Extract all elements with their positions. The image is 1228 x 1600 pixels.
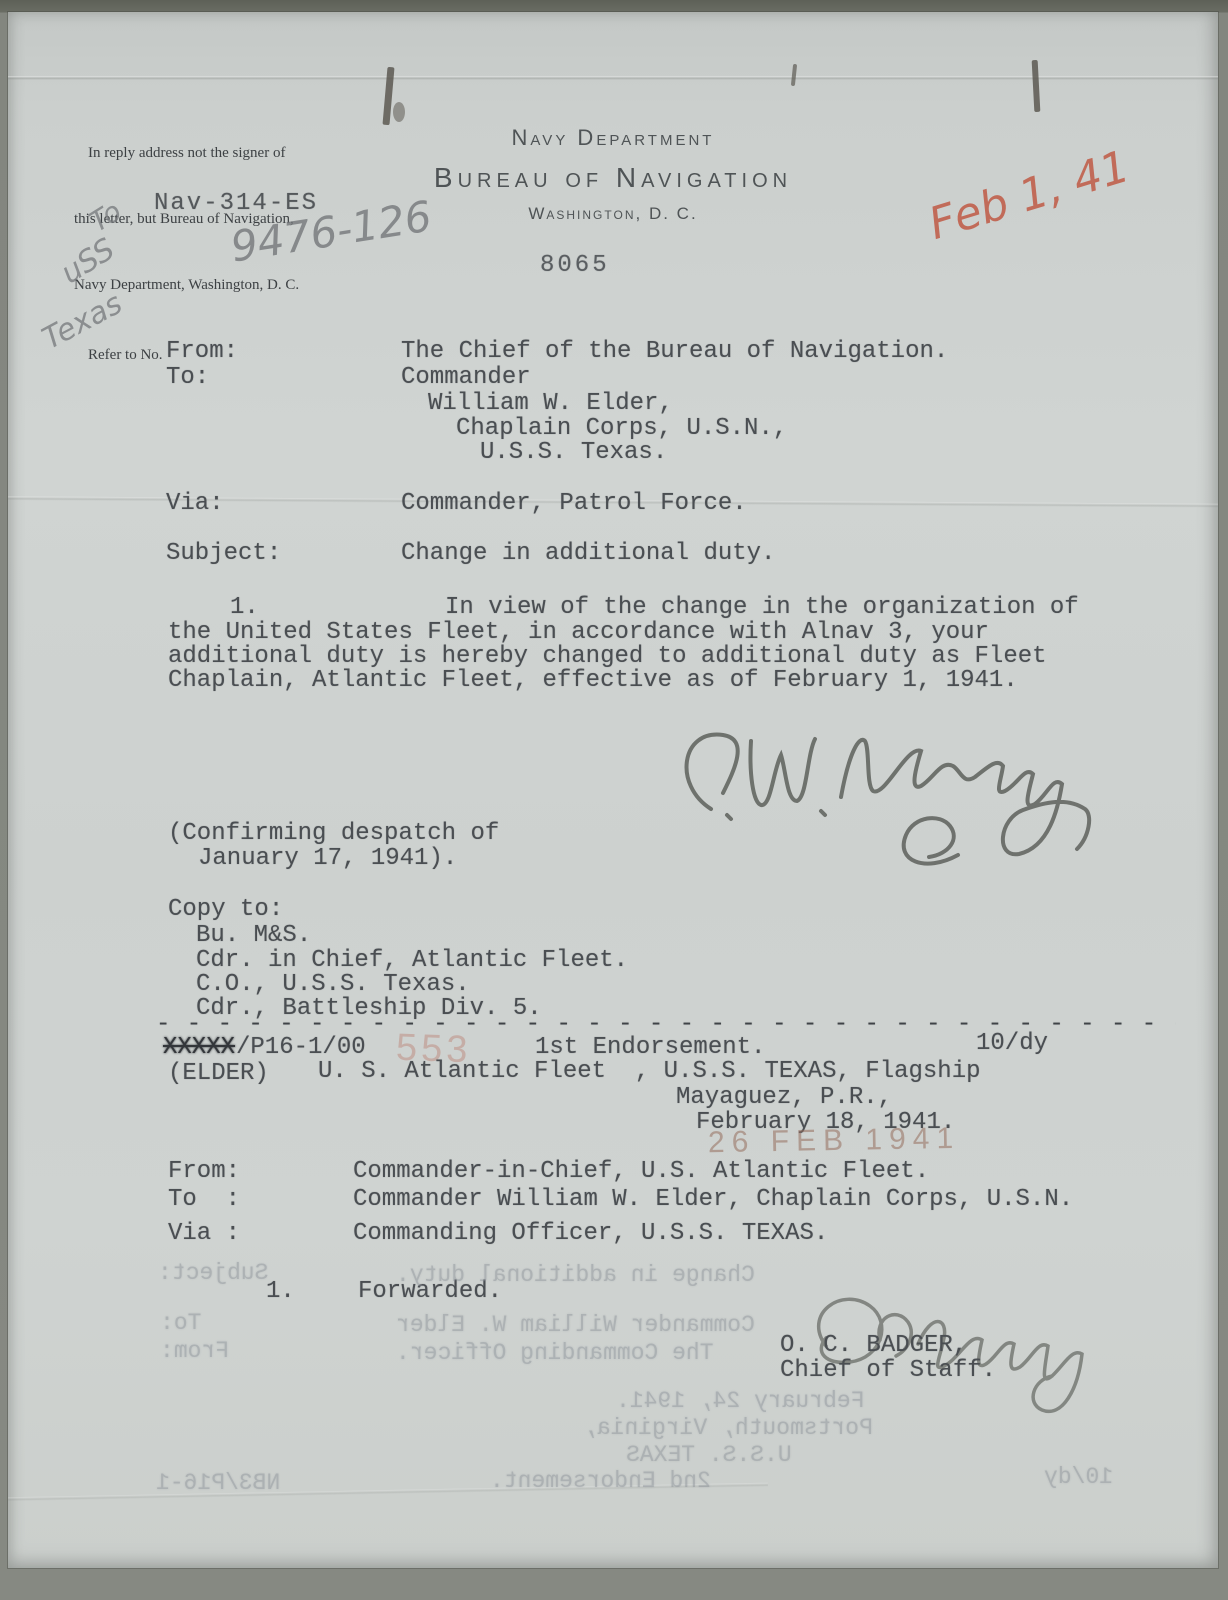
letter-page: In reply address not the signer of this …	[8, 12, 1218, 1568]
received-date-stamp: 26 FEB 1941	[708, 1122, 961, 1160]
subject-label: Subject:	[166, 540, 281, 567]
body-line-4: Chaplain, Atlantic Fleet, effective as o…	[168, 667, 1018, 694]
bleed-from-label: From:	[160, 1338, 229, 1364]
body-line-2: the United States Fleet, in accordance w…	[168, 619, 989, 646]
to-line3: Chaplain Corps, U.S.N.,	[456, 415, 787, 442]
bleed-to-label: To:	[160, 1310, 201, 1336]
signer-title: Chief of Staff.	[780, 1357, 996, 1384]
bleed-from-value: The Commanding Officer.	[396, 1340, 713, 1366]
small-mark-center	[791, 64, 797, 86]
staple-mark-left-2	[393, 102, 405, 122]
to-line2: William W. Elder,	[428, 390, 673, 417]
endorsement-ref-struck: XXXXX	[163, 1034, 235, 1061]
file-number: 8065	[540, 252, 610, 279]
copy-item-1: Bu. M&S.	[196, 922, 311, 949]
endorsement-fleet-line: U. S. Atlantic Fleet , U.S.S. TEXAS, Fla…	[318, 1058, 981, 1085]
body-line-1: In view of the change in the organizatio…	[445, 594, 1079, 621]
endorsement-from-label: From:	[168, 1158, 240, 1185]
to-value: Commander	[401, 364, 531, 391]
bleed-to-value: Commander William W. Elder	[396, 1312, 755, 1338]
copy-item-2: Cdr. in Chief, Atlantic Fleet.	[196, 947, 628, 974]
letterhead-department: Navy Department	[23, 125, 1203, 151]
via-label: Via:	[166, 490, 224, 517]
via-value: Commander, Patrol Force.	[401, 490, 747, 517]
bleed-date: February 24, 1941.	[616, 1388, 864, 1414]
endorsement-paragraph-number: 1.	[266, 1278, 295, 1305]
endorsement-title: 1st Endorsement.	[535, 1034, 765, 1061]
confirming-line-1: (Confirming despatch of	[168, 820, 499, 847]
paragraph-number: 1.	[230, 594, 259, 621]
signer-name: O. C. BADGER,	[780, 1332, 967, 1359]
endorsement-from-value: Commander-in-Chief, U.S. Atlantic Fleet.	[353, 1158, 929, 1185]
bleed-title: 2nd Endorsement.	[490, 1468, 711, 1494]
to-label: To:	[166, 364, 209, 391]
bleed-subject-value: Change in additional duty.	[396, 1262, 755, 1288]
staple-mark-right	[1032, 60, 1041, 112]
endorsement-to-label: To :	[168, 1186, 240, 1213]
bleed-ref: NB3/P16-1	[156, 1470, 280, 1496]
bleed-initials: 10/dy	[1044, 1464, 1113, 1490]
copy-to-label: Copy to:	[168, 896, 283, 923]
red-date-note: Feb 1, 41	[923, 141, 1135, 250]
from-label: From:	[166, 338, 238, 365]
to-line4: U.S.S. Texas.	[480, 439, 667, 466]
from-value: The Chief of the Bureau of Navigation.	[401, 338, 948, 365]
corner-notice-line3: Navy Department, Washington, D. C.	[74, 274, 366, 296]
bleed-ship: U.S.S. TEXAS	[626, 1442, 792, 1468]
body-line-3: additional duty is hereby changed to add…	[168, 643, 1047, 670]
subject-value: Change in additional duty.	[401, 540, 775, 567]
confirming-line-2: January 17, 1941).	[198, 845, 457, 872]
endorsement-via-label: Via :	[168, 1220, 240, 1247]
nimitz-signature	[653, 697, 1093, 887]
endorsement-via-value: Commanding Officer, U.S.S. TEXAS.	[353, 1220, 828, 1247]
endorsement-initials: 10/dy	[976, 1030, 1048, 1057]
endorsement-elder: (ELDER)	[168, 1060, 269, 1087]
endorsement-to-value: Commander William W. Elder, Chaplain Cor…	[353, 1186, 1073, 1213]
copy-item-3: C.O., U.S.S. Texas.	[196, 971, 470, 998]
endorsement-ref-code: /P16-1/00	[236, 1034, 366, 1061]
bleed-subject-label: Subject:	[158, 1260, 268, 1286]
bleed-place: Portsmouth, Virginia,	[583, 1415, 873, 1441]
endorsement-place: Mayaguez, P.R.,	[676, 1084, 892, 1111]
